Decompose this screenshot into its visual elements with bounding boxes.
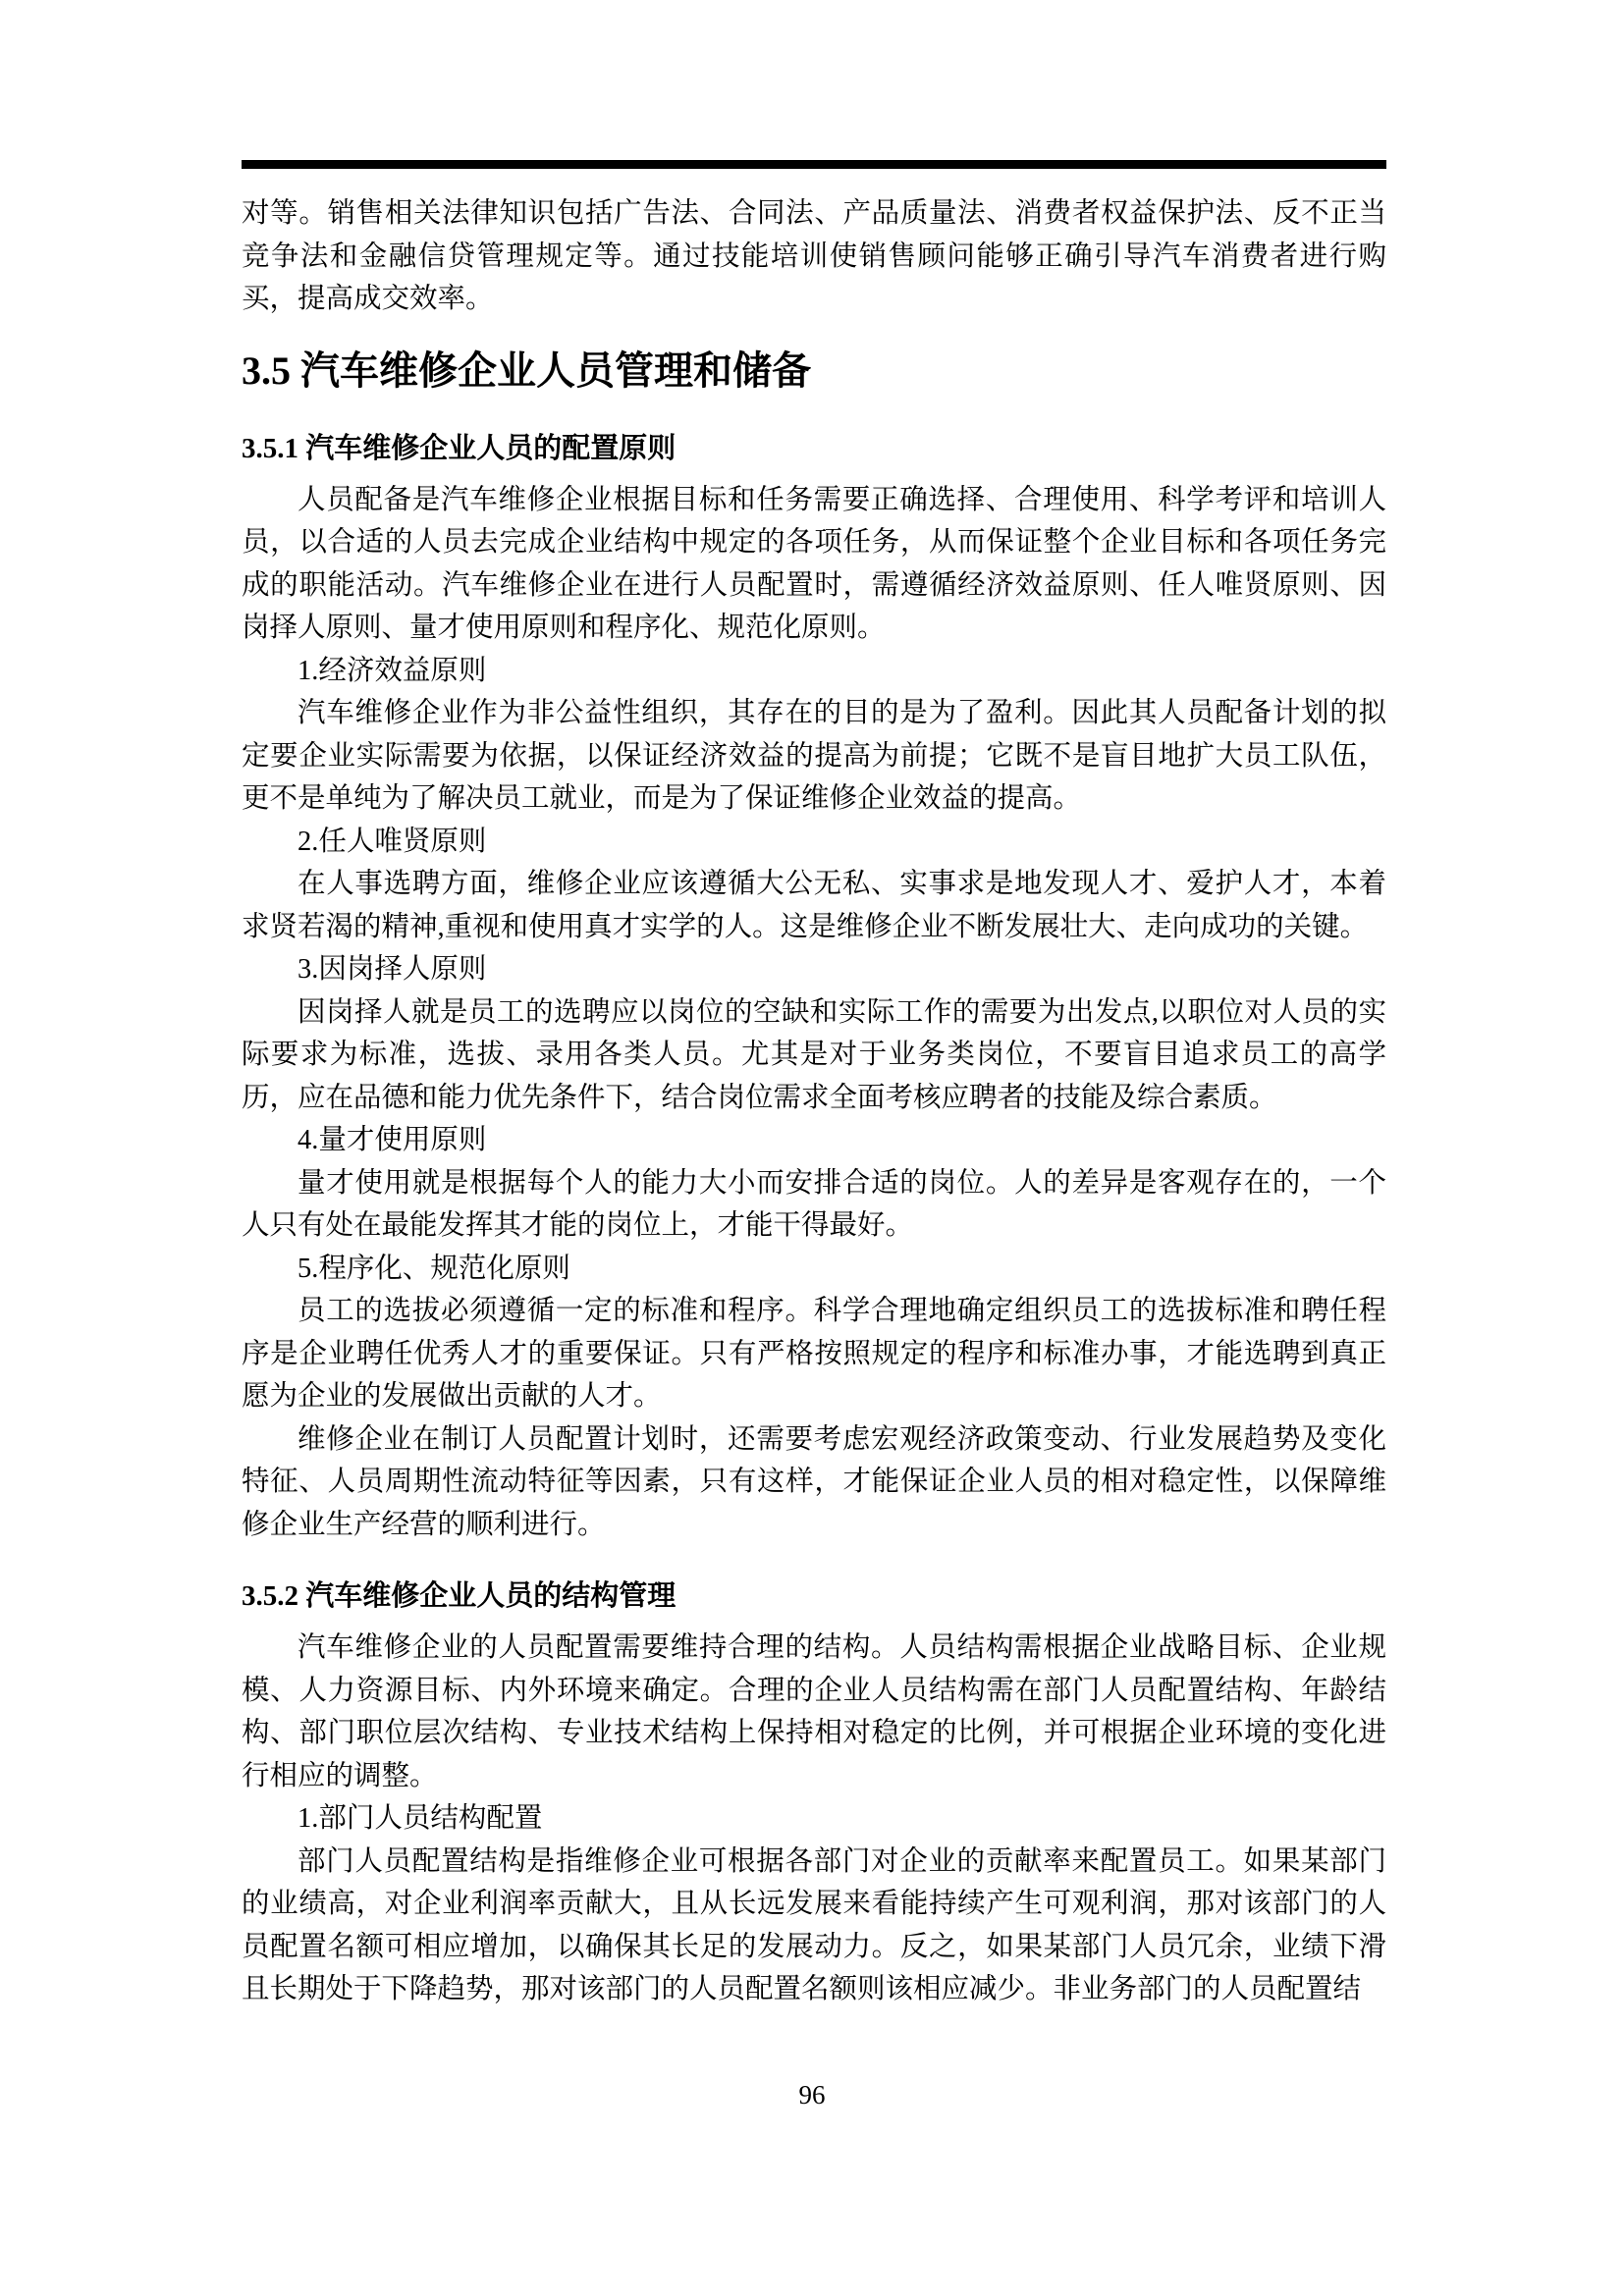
principle-3-body: 因岗择人就是员工的选聘应以岗位的空缺和实际工作的需要为出发点,以职位对人员的实际…	[242, 991, 1386, 1120]
principle-5-body: 员工的选拔必须遵循一定的标准和程序。科学合理地确定组织员工的选拔标准和聘任程序是…	[242, 1290, 1386, 1418]
paragraph-3-5-2-intro: 汽车维修企业的人员配置需要维持合理的结构。人员结构需根据企业战略目标、企业规模、…	[242, 1627, 1386, 1797]
subsection-heading-3-5-2: 3.5.2 汽车维修企业人员的结构管理	[242, 1575, 1386, 1618]
principle-2-label: 2.任人唯贤原则	[242, 821, 1386, 864]
text-column: 对等。销售相关法律知识包括广告法、合同法、产品质量法、消费者权益保护法、反不正当…	[242, 160, 1386, 2011]
document-page: 对等。销售相关法律知识包括广告法、合同法、产品质量法、消费者权益保护法、反不正当…	[0, 0, 1624, 2296]
structure-item-1-body: 部门人员配置结构是指维修企业可根据各部门对企业的贡献率来配置员工。如果某部门的业…	[242, 1841, 1386, 2011]
page-number: 96	[0, 2079, 1624, 2110]
principle-5-label: 5.程序化、规范化原则	[242, 1248, 1386, 1291]
section-heading-3-5: 3.5 汽车维修企业人员管理和储备	[242, 344, 1386, 399]
principle-3-label: 3.因岗择人原则	[242, 948, 1386, 991]
header-rule	[242, 160, 1386, 169]
principle-1-label: 1.经济效益原则	[242, 650, 1386, 693]
paragraph-3-5-1-intro: 人员配备是汽车维修企业根据目标和任务需要正确选择、合理使用、科学考评和培训人员，…	[242, 479, 1386, 650]
paragraph-continuation: 对等。销售相关法律知识包括广告法、合同法、产品质量法、消费者权益保护法、反不正当…	[242, 192, 1386, 321]
structure-item-1-label: 1.部门人员结构配置	[242, 1797, 1386, 1841]
paragraph-3-5-1-closing: 维修企业在制订人员配置计划时，还需要考虑宏观经济政策变动、行业发展趋势及变化特征…	[242, 1418, 1386, 1547]
principle-4-label: 4.量才使用原则	[242, 1119, 1386, 1162]
principle-1-body: 汽车维修企业作为非公益性组织，其存在的目的是为了盈利。因此其人员配备计划的拟定要…	[242, 692, 1386, 821]
principle-4-body: 量才使用就是根据每个人的能力大小而安排合适的岗位。人的差异是客观存在的，一个人只…	[242, 1162, 1386, 1248]
subsection-heading-3-5-1: 3.5.1 汽车维修企业人员的配置原则	[242, 427, 1386, 470]
principle-2-body: 在人事选聘方面，维修企业应该遵循大公无私、实事求是地发现人才、爱护人才，本着求贤…	[242, 863, 1386, 948]
